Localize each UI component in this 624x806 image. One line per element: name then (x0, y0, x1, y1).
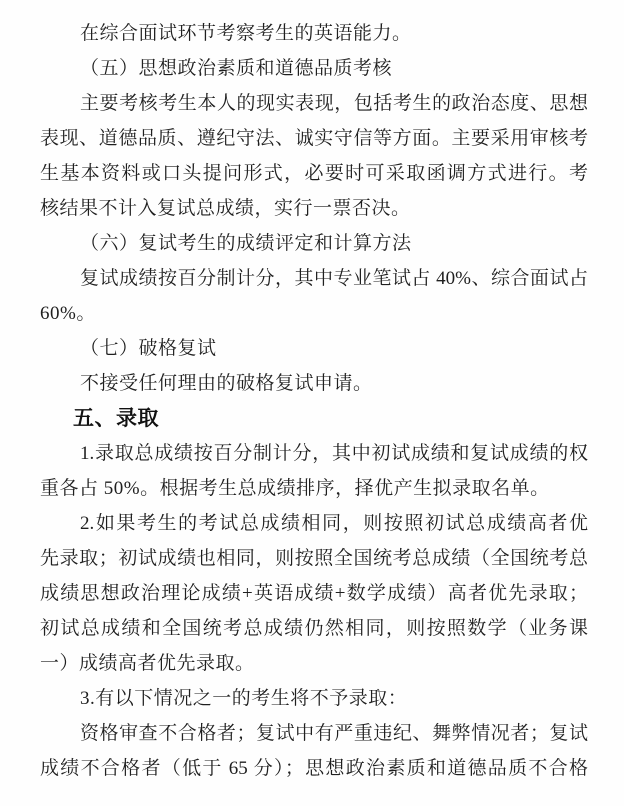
text-line: 1.录取总成绩按百分制计分，其中初试成绩和复试成绩的权 (40, 436, 588, 471)
text-line: 一）成绩高者优先录取。 (40, 646, 588, 681)
text-line: 成绩思想政治理论成绩+英语成绩+数学成绩）高者优先录取； (40, 576, 588, 611)
document-page: 在综合面试环节考察考生的英语能力。（五）思想政治素质和道德品质考核主要考核考生本… (0, 0, 624, 806)
text-line: 2.如果考生的考试总成绩相同，则按照初试总成绩高者优 (40, 506, 588, 541)
text-line: 成绩不合格者（低于 65 分）；思想政治素质和道德品质不合格 (40, 751, 588, 786)
document-text-block: 在综合面试环节考察考生的英语能力。（五）思想政治素质和道德品质考核主要考核考生本… (40, 16, 588, 786)
text-line: 先录取；初试成绩也相同，则按照全国统考总成绩（全国统考总 (40, 541, 588, 576)
text-line: 复试成绩按百分制计分，其中专业笔试占 40%、综合面试占 (40, 261, 588, 296)
text-line: 核结果不计入复试总成绩，实行一票否决。 (40, 191, 588, 226)
text-line: （七）破格复试 (40, 331, 588, 366)
text-line: 初试总成绩和全国统考总成绩仍然相同，则按照数学（业务课 (40, 611, 588, 646)
text-line: 60%。 (40, 296, 588, 331)
text-line: 3.有以下情况之一的考生将不予录取： (40, 681, 588, 716)
text-line: 表现、道德品质、遵纪守法、诚实守信等方面。主要采用审核考 (40, 121, 588, 156)
section-heading: 五、录取 (40, 401, 588, 436)
text-line: （六）复试考生的成绩评定和计算方法 (40, 226, 588, 261)
text-line: 生基本资料或口头提问形式，必要时可采取函调方式进行。考 (40, 156, 588, 191)
text-line: 资格审查不合格者；复试中有严重违纪、舞弊情况者；复试 (40, 716, 588, 751)
text-line: 在综合面试环节考察考生的英语能力。 (40, 16, 588, 51)
text-line: 主要考核考生本人的现实表现，包括考生的政治态度、思想 (40, 86, 588, 121)
text-line: 不接受任何理由的破格复试申请。 (40, 366, 588, 401)
text-line: 重各占 50%。根据考生总成绩排序，择优产生拟录取名单。 (40, 471, 588, 506)
text-line: （五）思想政治素质和道德品质考核 (40, 51, 588, 86)
